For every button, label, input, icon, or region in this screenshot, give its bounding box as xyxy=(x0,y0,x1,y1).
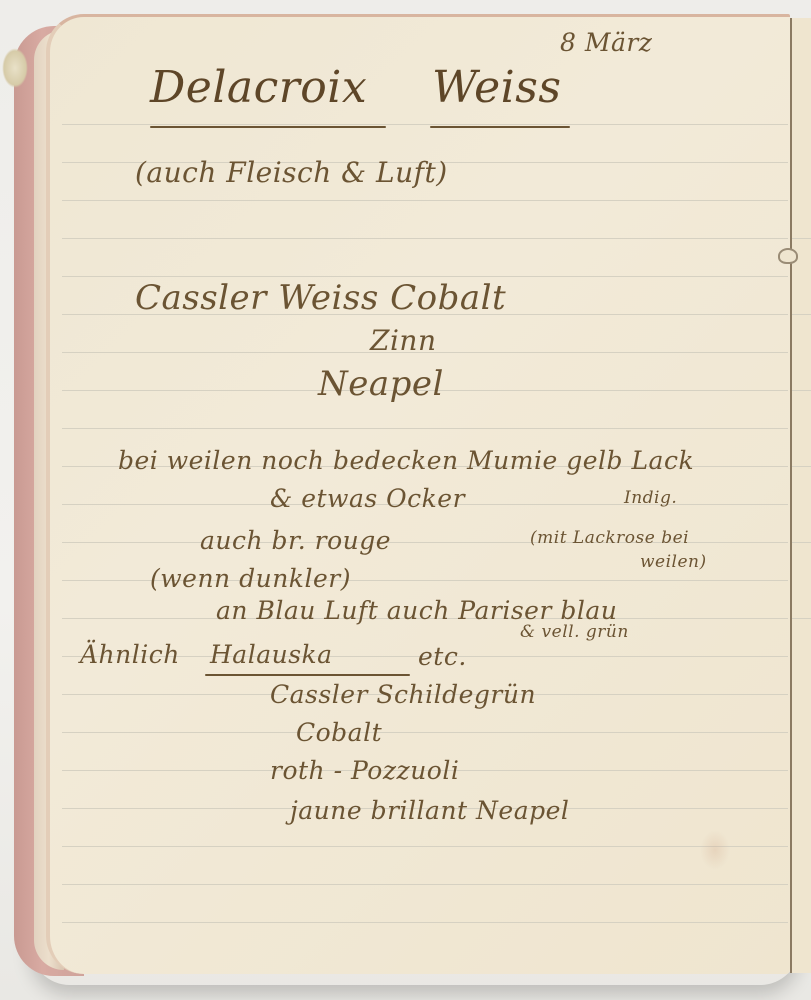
note-line: bei weilen noch bedecken Mumie gelb Lack xyxy=(118,446,694,475)
note-line: auch br. rouge xyxy=(200,526,391,555)
ruled-line xyxy=(62,846,788,847)
pigment-line: Cassler Weiss Cobalt xyxy=(135,278,506,318)
adjacent-ruled-line xyxy=(792,542,811,543)
note-line: weilen) xyxy=(640,552,707,572)
note-line: an Blau Luft auch Pariser blau xyxy=(216,596,617,625)
title-underline xyxy=(150,126,386,128)
date-text: 8 März xyxy=(560,28,652,57)
adjacent-ruled-line xyxy=(792,314,811,315)
halauska-text: Halauska xyxy=(210,640,333,669)
adjacent-ruled-line xyxy=(792,390,811,391)
ruled-line xyxy=(62,732,788,733)
halauska-underline xyxy=(205,674,410,676)
paper-stain xyxy=(700,830,730,870)
ruled-line xyxy=(62,200,788,201)
title-underline xyxy=(430,126,570,128)
subtitle-text: (auch Fleisch & Luft) xyxy=(135,156,448,189)
adjacent-ruled-line xyxy=(792,618,811,619)
ruled-line xyxy=(62,922,788,923)
note-line: & etwas Ocker xyxy=(270,484,465,513)
title-word-weiss: Weiss xyxy=(432,62,561,113)
page-clip-mark xyxy=(778,248,798,264)
pigment-line: Cobalt xyxy=(296,718,382,747)
pigment-line: Cassler Schildegrün xyxy=(270,680,536,709)
ruled-line xyxy=(62,276,788,277)
adjacent-page xyxy=(790,18,811,973)
pigment-line: Zinn xyxy=(370,324,436,357)
binding-thread xyxy=(2,48,28,88)
note-line: Indig. xyxy=(624,488,677,508)
note-line: (mit Lackrose bei xyxy=(530,528,689,548)
pigment-line: Neapel xyxy=(318,364,444,404)
pigment-line: jaune brillant Neapel xyxy=(290,796,569,825)
note-line: Ähnlich xyxy=(80,640,180,669)
title-word-delacroix: Delacroix xyxy=(150,62,367,113)
note-line: (wenn dunkler) xyxy=(150,564,351,593)
pigment-line: roth - Pozzuoli xyxy=(270,756,459,785)
ruled-line xyxy=(62,124,788,125)
note-line: & vell. grün xyxy=(520,622,629,642)
adjacent-ruled-line xyxy=(792,466,811,467)
ruled-line xyxy=(62,238,788,239)
notebook-photo: 8 März Delacroix Weiss (auch Fleisch & L… xyxy=(0,0,811,1000)
ruled-line xyxy=(62,428,788,429)
note-line: etc. xyxy=(418,642,467,671)
ruled-line xyxy=(62,884,788,885)
adjacent-ruled-line xyxy=(792,238,811,239)
